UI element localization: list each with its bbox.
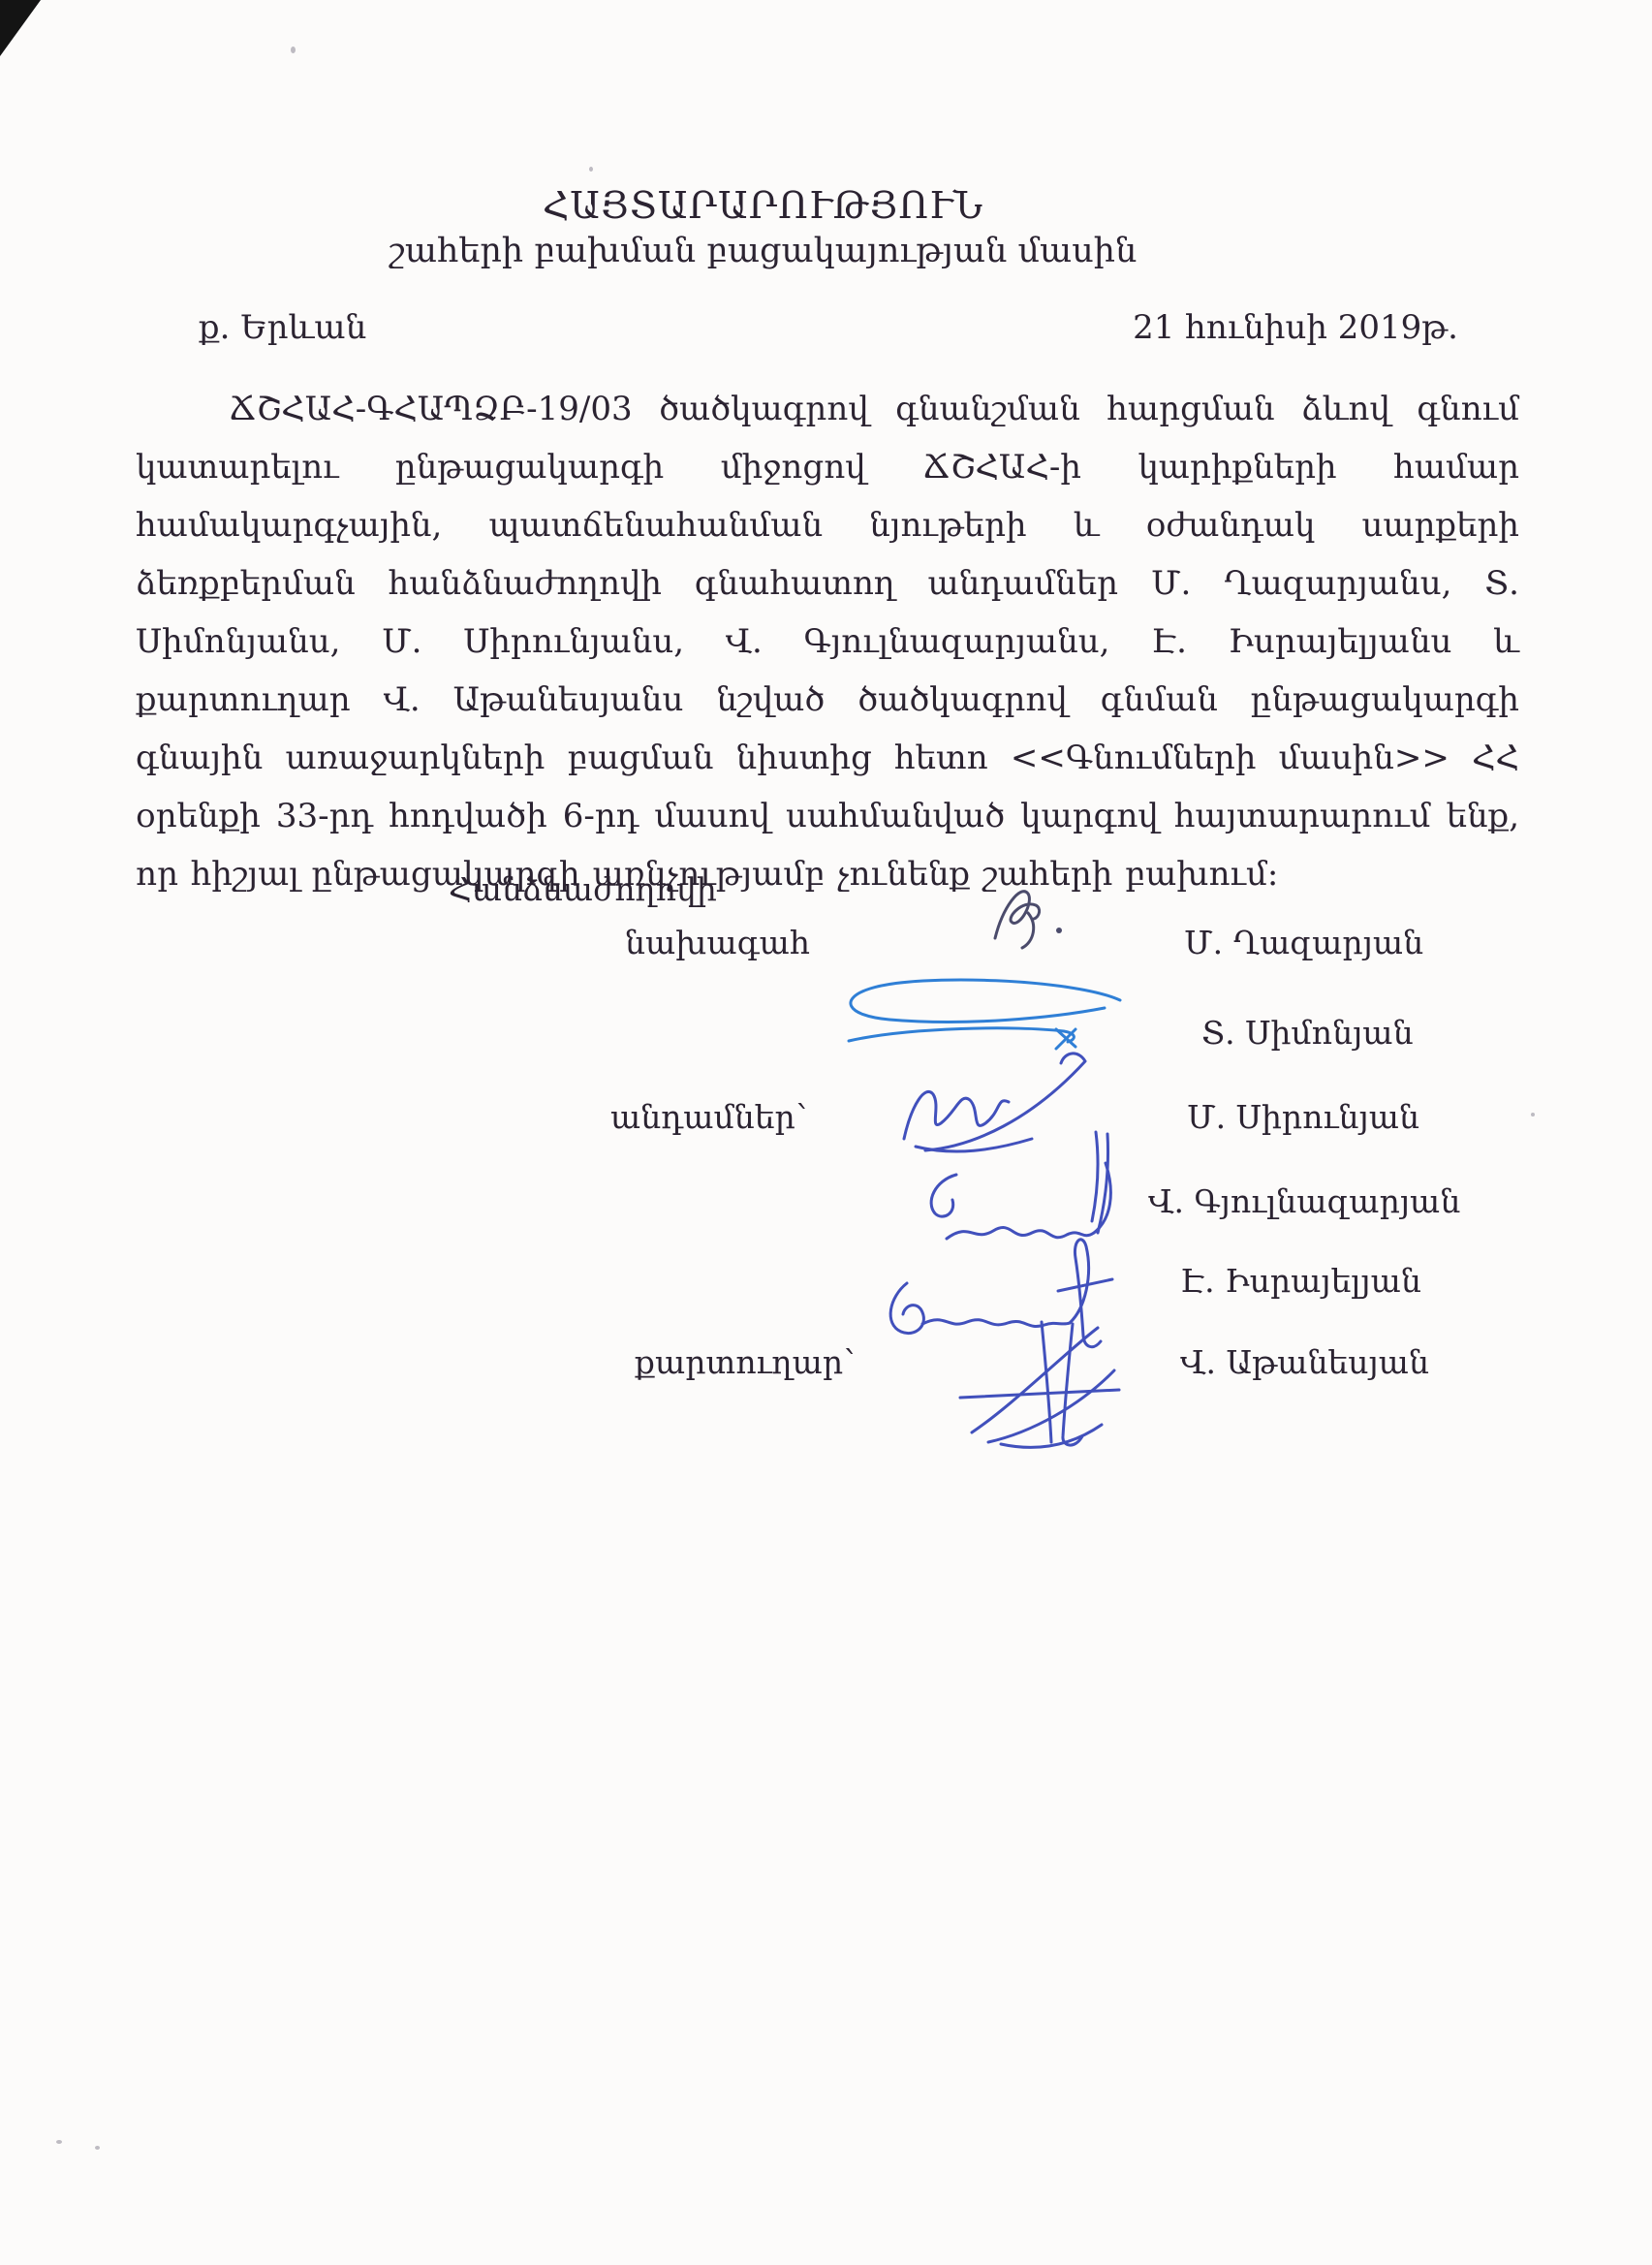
secretary-role-label: քարտուղար՝: [635, 1343, 855, 1381]
committee-label: Հանձնաժողովի: [449, 870, 717, 908]
document-subtitle: շահերի բախման բացակայության մասին: [0, 229, 1526, 273]
members-role-label: անդամներ՝: [610, 1098, 807, 1136]
signature-atanesyan: [945, 1308, 1138, 1454]
scan-speck: [291, 47, 296, 53]
signature-ghazaryan: [974, 870, 1100, 962]
signer-name-israyelyan: Է. Իսրայելյան: [1180, 1262, 1421, 1300]
scan-speck: [95, 2146, 100, 2150]
date-label: 21 հունիսի 2019թ.: [1133, 308, 1458, 347]
document-header: ՀԱՅՏԱՐԱՐՈՒԹՅՈՒՆ շահերի բախման բացակայութ…: [0, 182, 1526, 273]
chairman-role-label: նախագահ: [625, 924, 810, 961]
scanned-declaration-page: ՀԱՅՏԱՐԱՐՈՒԹՅՈՒՆ շահերի բախման բացակայութ…: [0, 0, 1652, 2265]
signer-name-atanesyan: Վ. Աթանեսյան: [1180, 1343, 1429, 1381]
signer-name-gyulnazaryan: Վ. Գյուլնազարյան: [1148, 1182, 1460, 1220]
place-date-line: ք. Երևան 21 հունիսի 2019թ.: [199, 308, 1458, 347]
declaration-body: ՃՇՀԱՀ-ԳՀԱՊՁԲ-19/03 ծածկագրով գնանշման հա…: [136, 380, 1519, 903]
scan-speck: [56, 2140, 62, 2144]
signer-name-ghazaryan: Մ. Ղազարյան: [1184, 924, 1423, 961]
scan-speck: [1531, 1113, 1535, 1117]
scan-corner-artifact: [0, 0, 41, 56]
signer-name-sirunyan: Մ. Սիրունյան: [1187, 1098, 1419, 1136]
document-title: ՀԱՅՏԱՐԱՐՈՒԹՅՈՒՆ: [0, 182, 1526, 229]
scan-speck: [589, 167, 593, 172]
signer-name-simonyan: Տ. Սիմոնյան: [1201, 1014, 1414, 1052]
place-label: ք. Երևան: [199, 308, 366, 347]
